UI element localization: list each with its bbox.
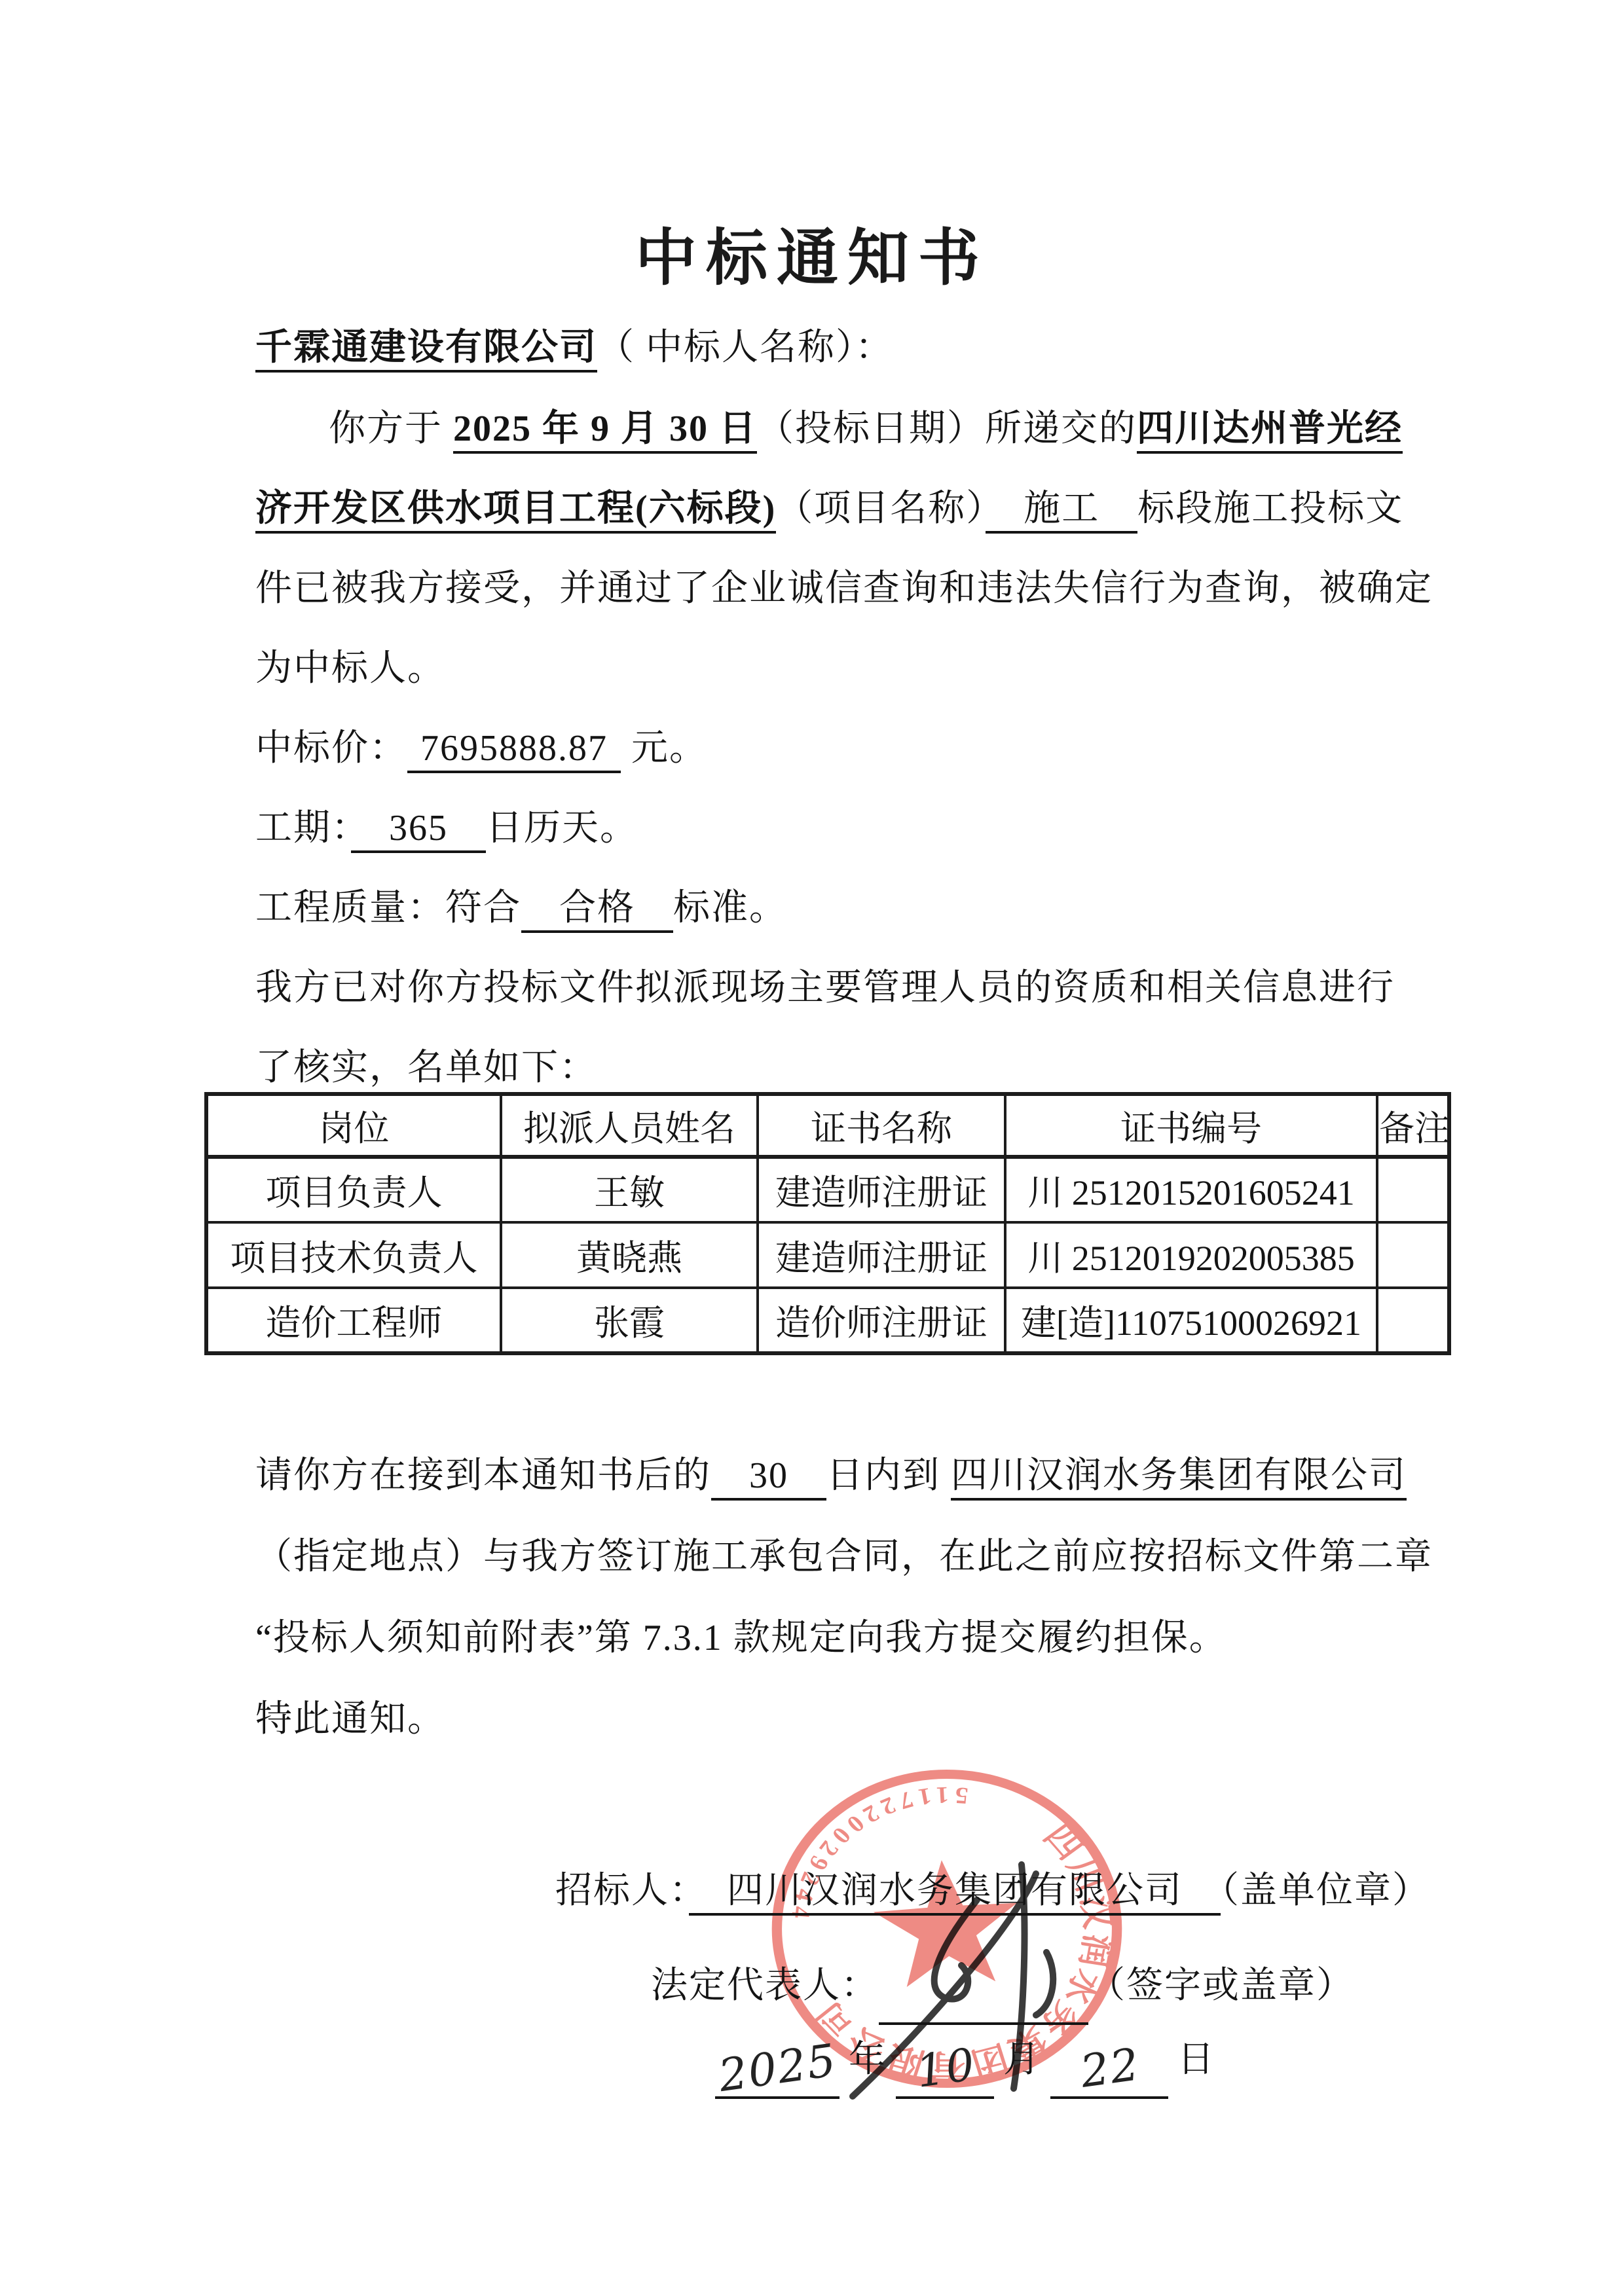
text-segment: 合格 <box>521 888 673 933</box>
body-line: 济开发区供水项目工程(六标段)（项目名称） 施工 标段施工投标文 <box>255 469 1421 549</box>
document-title: 中标通知书 <box>0 208 1624 297</box>
text-segment: 我方已对你方投标文件拟派现场主要管理人员的资质和相关信息进行 <box>255 968 1395 1008</box>
table-cell <box>1377 1222 1449 1288</box>
handwritten-year: 2025 <box>714 2022 842 2116</box>
text-segment: 30 <box>711 1455 826 1501</box>
body-line: 特此通知。 <box>255 1679 1421 1760</box>
body-line: 工期： 365 日历天。 <box>255 788 1421 868</box>
bidder-name: 四川汉润水务集团有限公司 <box>689 1870 1221 1916</box>
text-segment: （指定地点）与我方签订施工承包合同，在此之前应按招标文件第二章 <box>255 1537 1433 1577</box>
table-cell: 造价师注册证 <box>758 1288 1005 1353</box>
body-line: 请你方在接到本通知书后的 30 日内到 四川汉润水务集团有限公司 <box>255 1435 1421 1516</box>
text-segment: 四川汉润水务集团有限公司 <box>951 1455 1407 1501</box>
table-header-cell: 证书编号 <box>1005 1094 1377 1157</box>
text-segment: 济开发区供水项目工程(六标段) <box>255 488 776 534</box>
table-row: 项目技术负责人黄晓燕建造师注册证川 2512019202005385 <box>206 1222 1449 1288</box>
legal-rep-label: 法定代表人： <box>651 1965 879 2006</box>
text-segment: 四川达州普光经 <box>1137 409 1403 454</box>
body-line: 工程质量：符合 合格 标准。 <box>255 868 1421 948</box>
handwritten-day: 22 <box>1075 2026 1145 2111</box>
personnel-table: 岗位拟派人员姓名证书名称证书编号备注项目负责人王敏建造师注册证川 2512015… <box>204 1092 1451 1355</box>
text-segment: 2025 年 9 月 30 日 <box>453 409 757 454</box>
table-cell: 造价工程师 <box>206 1288 501 1353</box>
text-segment: 日内到 <box>826 1455 951 1496</box>
legal-rep-signature-blank <box>879 1949 1088 2025</box>
body-line: 为中标人。 <box>255 629 1421 708</box>
text-segment: 中标价： <box>255 728 407 769</box>
table-cell: 王敏 <box>501 1157 758 1222</box>
text-segment: 件已被我方接受，并通过了企业诚信查询和违法失信行为查询，被确定 <box>255 568 1433 609</box>
scanned-document-page: 中标通知书 千霖通建设有限公司（ 中标人名称）： 你方于 2025 年 9 月 … <box>0 0 1624 2296</box>
body-line: “投标人须知前附表”第 7.3.1 款规定向我方提交履约担保。 <box>255 1597 1421 1679</box>
date-day-blank: 22 <box>1050 2023 1168 2099</box>
text-segment: “投标人须知前附表”第 7.3.1 款规定向我方提交履约担保。 <box>255 1618 1227 1658</box>
table-cell: 项目技术负责人 <box>206 1222 501 1288</box>
table-row: 项目负责人王敏建造师注册证川 2512015201605241 <box>206 1157 1449 1222</box>
table-cell: 黄晓燕 <box>501 1222 758 1288</box>
text-segment: （投标日期）所递交的 <box>757 409 1137 449</box>
table-row: 造价工程师张霞造价师注册证建[造]11075100026921 <box>206 1288 1449 1353</box>
body-line: 我方已对你方投标文件拟派现场主要管理人员的资质和相关信息进行 <box>255 948 1421 1028</box>
bidder-label: 招标人： <box>555 1870 689 1911</box>
body-line: 件已被我方接受，并通过了企业诚信查询和违法失信行为查询，被确定 <box>255 549 1421 629</box>
text-segment: 你方于 <box>329 409 453 449</box>
year-unit: 年 <box>849 2039 887 2080</box>
table-header-cell: 岗位 <box>206 1094 501 1157</box>
date-year-blank: 2025 <box>715 2023 840 2099</box>
table-cell: 张霞 <box>501 1288 758 1353</box>
table-cell: 建造师注册证 <box>758 1222 1005 1288</box>
body-line: （指定地点）与我方签订施工承包合同，在此之前应按招标文件第二章 <box>255 1516 1421 1597</box>
text-segment: 标准。 <box>673 888 787 928</box>
text-segment: 千霖通建设有限公司 <box>255 327 597 373</box>
text-segment: 为中标人。 <box>255 648 445 689</box>
text-segment: 标段施工投标文 <box>1137 488 1403 529</box>
salutation-line: 千霖通建设有限公司（ 中标人名称）： <box>255 308 1408 388</box>
text-segment: 工程质量：符合 <box>255 888 521 928</box>
legal-representative-line: 法定代表人：（签字或盖章） <box>651 1946 1354 2025</box>
closing-paragraphs: 请你方在接到本通知书后的 30 日内到 四川汉润水务集团有限公司（指定地点）与我… <box>255 1435 1421 1760</box>
text-segment: 请你方在接到本通知书后的 <box>255 1455 711 1496</box>
sign-note: （签字或盖章） <box>1088 1965 1354 2006</box>
table-cell <box>1377 1288 1449 1353</box>
table-header-cell: 备注 <box>1377 1094 1449 1157</box>
date-line: 2025年10月22日 <box>715 2020 1225 2099</box>
month-unit: 月 <box>1003 2039 1041 2080</box>
day-unit: 日 <box>1177 2039 1215 2080</box>
body-line: 中标价：7695888.87 元。 <box>255 708 1421 788</box>
seal-note: （盖单位章） <box>1221 1870 1430 1911</box>
text-segment: 日历天。 <box>486 808 638 848</box>
table-header-row: 岗位拟派人员姓名证书名称证书编号备注 <box>206 1094 1449 1157</box>
body-line: 你方于 2025 年 9 月 30 日（投标日期）所递交的四川达州普光经 <box>255 389 1421 469</box>
text-segment: 特此通知。 <box>255 1699 445 1740</box>
text-segment: 施工 <box>986 488 1137 534</box>
table-header-cell: 拟派人员姓名 <box>501 1094 758 1157</box>
table-cell <box>1377 1157 1449 1222</box>
table-cell: 建[造]11075100026921 <box>1005 1288 1377 1353</box>
text-segment: 了核实，名单如下： <box>255 1048 597 1088</box>
table-header-cell: 证书名称 <box>758 1094 1005 1157</box>
text-segment: 365 <box>351 808 486 853</box>
text-segment: （ 中标人名称）： <box>597 327 893 368</box>
body-paragraphs: 你方于 2025 年 9 月 30 日（投标日期）所递交的四川达州普光经济开发区… <box>255 389 1421 1108</box>
table-cell: 川 2512019202005385 <box>1005 1222 1377 1288</box>
table-cell: 川 2512015201605241 <box>1005 1157 1377 1222</box>
table-cell: 建造师注册证 <box>758 1157 1005 1222</box>
text-segment: （项目名称） <box>776 488 986 529</box>
text-segment: 工期： <box>255 808 351 848</box>
date-month-blank: 10 <box>896 2023 994 2099</box>
text-segment: 元。 <box>621 728 707 769</box>
bidder-line: 招标人： 四川汉润水务集团有限公司 （盖单位章） <box>555 1851 1430 1930</box>
table-cell: 项目负责人 <box>206 1157 501 1222</box>
handwritten-month: 10 <box>911 2026 980 2111</box>
text-segment: 7695888.87 <box>407 728 621 773</box>
